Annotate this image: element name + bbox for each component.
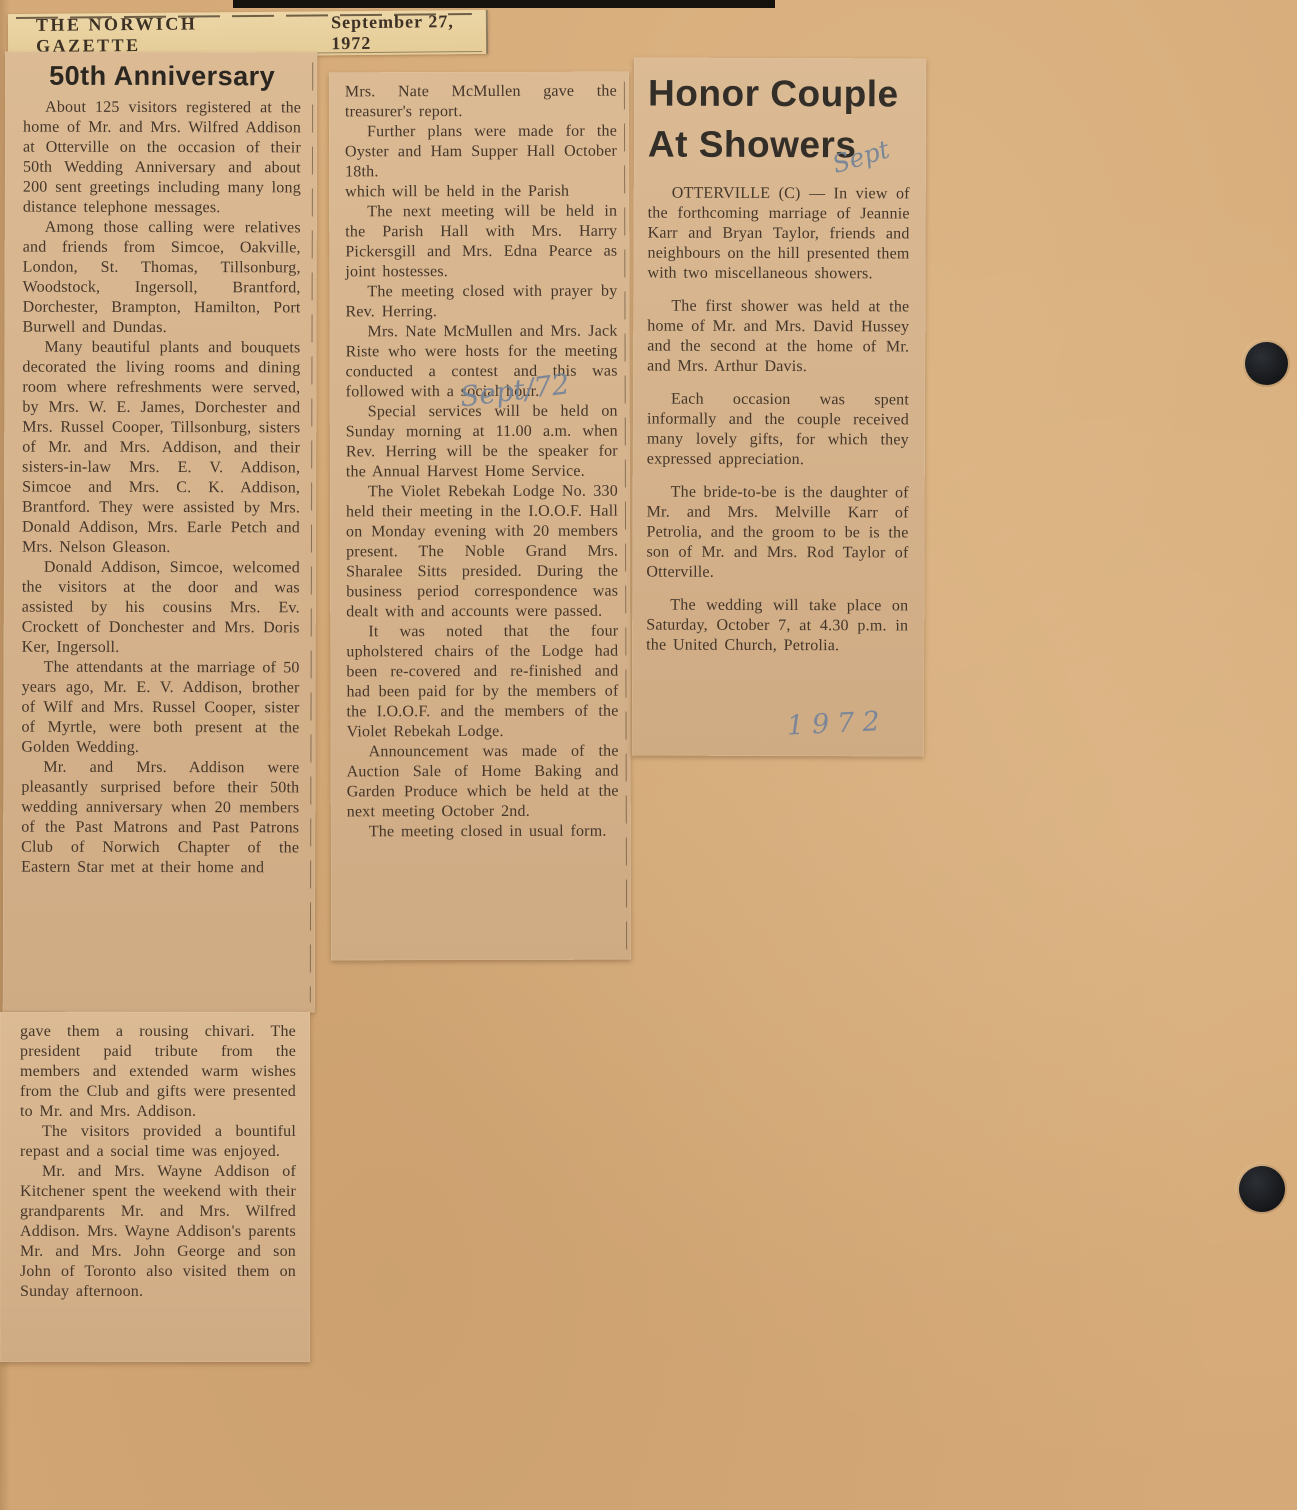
- article-paragraph: The attendants at the marriage of 50 yea…: [21, 658, 299, 759]
- article-paragraph: Further plans were made for the Oyster a…: [345, 122, 617, 183]
- showers-headline: Honor Couple At Showers: [648, 68, 910, 171]
- article-paragraph: It was noted that the four upholstered c…: [346, 622, 618, 743]
- article-paragraph: Special services will be held on Sunday …: [346, 402, 618, 483]
- article-paragraph: Donald Addison, Simcoe, welcomed the vis…: [22, 558, 300, 659]
- article-paragraph: Each occasion was spent informally and t…: [647, 390, 909, 471]
- handwritten-year-note: 1972: [786, 706, 888, 742]
- article-paragraph: which will be held in the Parish: [345, 182, 617, 203]
- article-paragraph: The visitors provided a bountiful repast…: [20, 1122, 296, 1162]
- showers-headline-line2: At Showers: [648, 124, 857, 166]
- article-paragraph: Mrs. Nate McMullen gave the treasurer's …: [345, 82, 617, 123]
- article-paragraph: The meeting closed in usual form.: [347, 822, 619, 843]
- issue-date: September 27, 1972: [331, 11, 486, 54]
- article-paragraph: The first shower was held at the home of…: [647, 297, 909, 378]
- newspaper-title: THE NORWICH GAZETTE: [36, 13, 288, 57]
- clipping-anniversary-top: 50th Anniversary About 125 visitors regi…: [3, 52, 318, 1013]
- article-paragraph: OTTERVILLE (C) — In view of the forthcom…: [647, 184, 909, 285]
- article-paragraph: The bride-to-be is the daughter of Mr. a…: [646, 483, 908, 584]
- article-paragraph: Among those calling were relatives and f…: [23, 218, 301, 339]
- photo-edge-strip: [233, 0, 775, 8]
- article-paragraph: About 125 visitors registered at the hom…: [23, 98, 301, 219]
- showers-headline-line1: Honor Couple: [648, 73, 899, 115]
- article-paragraph: The Violet Rebekah Lodge No. 330 held th…: [346, 482, 618, 623]
- article-paragraph: gave them a rousing chivari. The preside…: [20, 1022, 296, 1122]
- punch-hole-top: [1245, 342, 1288, 385]
- article-paragraph: The meeting closed with prayer by Rev. H…: [345, 282, 617, 323]
- article-paragraph: Many beautiful plants and bouquets decor…: [22, 338, 301, 559]
- anniversary-headline: 50th Anniversary: [23, 60, 301, 93]
- scrapbook-page: THE NORWICH GAZETTE September 27, 1972 5…: [0, 0, 1297, 1510]
- clipping-lodge-news: Mrs. Nate McMullen gave the treasurer's …: [329, 72, 631, 961]
- article-paragraph: Mrs. Nate McMullen and Mrs. Jack Riste w…: [345, 322, 617, 403]
- article-paragraph: Mr. and Mrs. Wayne Addison of Kitchener …: [20, 1162, 296, 1302]
- article-paragraph: The next meeting will be held in the Par…: [345, 202, 617, 283]
- article-paragraph: Announcement was made of the Auction Sal…: [347, 742, 619, 823]
- punch-hole-bottom: [1239, 1166, 1285, 1212]
- article-paragraph: Mr. and Mrs. Addison were pleasantly sur…: [21, 758, 299, 879]
- clipping-showers: Honor Couple At Showers OTTERVILLE (C) —…: [632, 57, 926, 756]
- article-paragraph: The wedding will take place on Saturday,…: [646, 596, 908, 657]
- clipping-anniversary-bottom: gave them a rousing chivari. The preside…: [0, 1012, 310, 1362]
